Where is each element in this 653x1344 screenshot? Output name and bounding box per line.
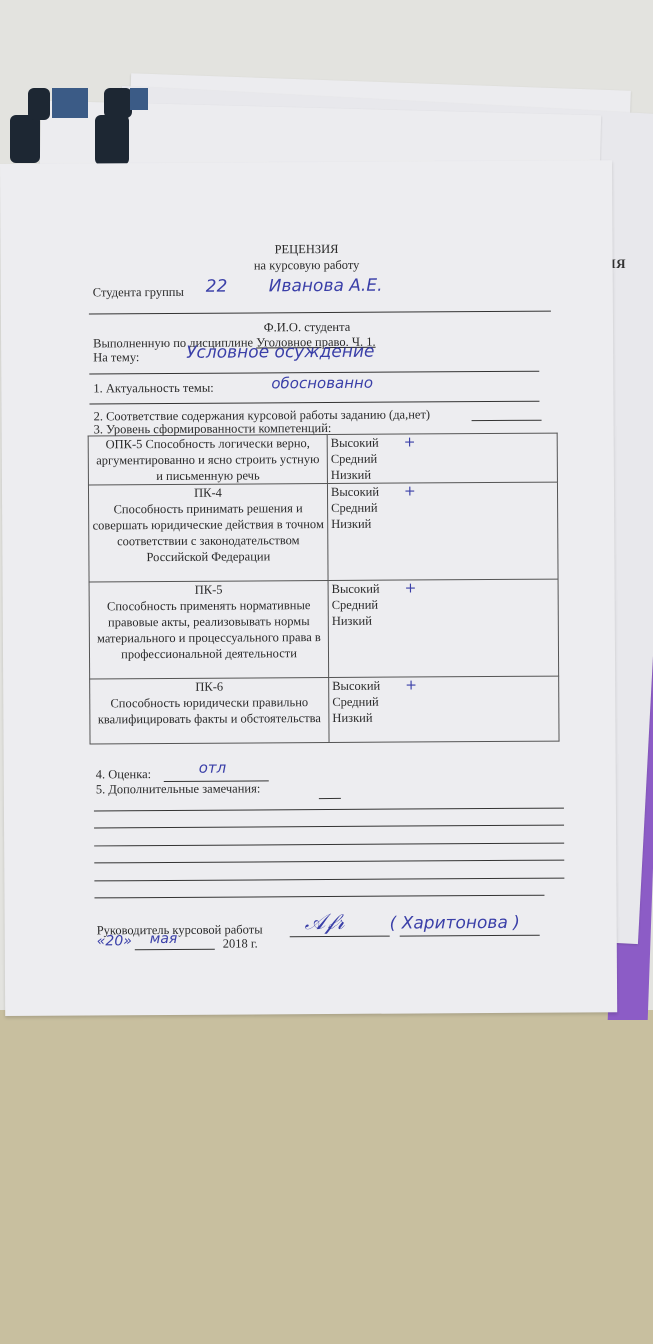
binder-cover-blue-1	[52, 88, 88, 118]
item5-label: 5. Дополнительные замечания:	[96, 781, 261, 797]
level-low: Низкий	[332, 709, 555, 726]
remarks-line	[94, 860, 564, 864]
student-group-value: 22	[206, 277, 228, 297]
student-name-value: Иванова А.Е.	[269, 276, 383, 297]
competency-description: ПК-4 Способность принимать решения и сов…	[88, 484, 328, 582]
supervisor-signature: 𝒜𝒻𝓇	[305, 910, 345, 935]
item1-value: обоснованно	[271, 374, 373, 393]
level-high: Высокий	[331, 483, 554, 500]
competency-text: Способность применять нормативные правов…	[93, 597, 325, 662]
competency-levels: Высокий Средний Низкий +	[328, 579, 559, 677]
level-medium: Средний	[332, 693, 555, 710]
level-low: Низкий	[331, 515, 554, 532]
table-row: ОПК-5 Способность логически верно, аргум…	[88, 433, 557, 485]
student-group-label: Студента группы	[93, 285, 184, 301]
topic-value: Условное осуждение	[186, 342, 374, 363]
signature-line	[290, 936, 390, 938]
binder-comb-4	[104, 88, 132, 118]
level-medium: Средний	[331, 499, 554, 516]
level-low: Низкий	[332, 612, 555, 629]
remarks-line	[94, 843, 564, 847]
handwritten-mark: +	[404, 434, 416, 450]
competency-levels: Высокий Средний Низкий +	[329, 676, 559, 742]
competency-description: ПК-6 Способность юридически правильно кв…	[90, 678, 329, 744]
topic-label: На тему:	[93, 350, 139, 365]
item1-label: 1. Актуальность темы:	[93, 381, 213, 397]
level-medium: Средний	[331, 450, 554, 467]
date-month-line	[135, 949, 215, 950]
table-row: ПК-6 Способность юридически правильно кв…	[90, 676, 559, 744]
binder-comb-1	[10, 115, 40, 163]
item5-mark-line	[319, 798, 341, 799]
level-low: Низкий	[331, 466, 554, 483]
table-row: ПК-4 Способность принимать решения и сов…	[88, 482, 558, 582]
level-high: Высокий	[332, 677, 555, 694]
competency-levels: Высокий Средний Низкий +	[327, 482, 558, 580]
competency-text: Способность юридически правильно квалифи…	[93, 694, 325, 727]
level-high: Высокий	[331, 434, 554, 451]
item4-grade: отл	[199, 759, 227, 777]
supervisor-name-line	[400, 935, 540, 937]
date-day: «20»	[97, 933, 132, 949]
remarks-line	[94, 808, 564, 812]
table-surface	[0, 1010, 653, 1344]
form-subtitle: на курсовую работу	[1, 256, 613, 275]
competency-description: ОПК-5 Способность логически верно, аргум…	[88, 435, 327, 485]
competency-table: ОПК-5 Способность логически верно, аргум…	[88, 433, 560, 745]
remarks-line	[94, 825, 564, 829]
supervisor-name: ( Харитонова )	[390, 913, 520, 934]
competency-text: Способность принимать решения и совершат…	[92, 500, 324, 565]
student-name-line	[89, 311, 551, 315]
item4-label: 4. Оценка:	[96, 767, 151, 782]
item1-line	[89, 401, 539, 405]
binder-comb-3	[95, 115, 129, 165]
level-medium: Средний	[332, 596, 555, 613]
item2-answer-line	[472, 420, 542, 421]
competency-code: ПК-5	[93, 581, 325, 598]
date-month: мая	[150, 931, 178, 947]
level-high: Высокий	[332, 580, 555, 597]
table-row: ПК-5 Способность применять нормативные п…	[89, 579, 559, 679]
remarks-line	[94, 878, 564, 882]
remarks-line	[94, 895, 544, 899]
review-form-page: РЕЦЕНЗИЯ на курсовую работу Студента гру…	[0, 160, 617, 1016]
competency-levels: Высокий Средний Низкий +	[327, 433, 557, 483]
handwritten-mark: +	[404, 483, 416, 499]
handwritten-mark: +	[405, 580, 417, 596]
binder-cover-blue-2	[130, 88, 148, 110]
competency-description: ПК-5 Способность применять нормативные п…	[89, 581, 329, 679]
binder-comb-2	[28, 88, 50, 120]
handwritten-mark: +	[405, 677, 417, 693]
competency-code: ПК-6	[93, 678, 325, 695]
competency-code: ПК-4	[92, 484, 324, 501]
date-year: 2018 г.	[223, 936, 258, 951]
